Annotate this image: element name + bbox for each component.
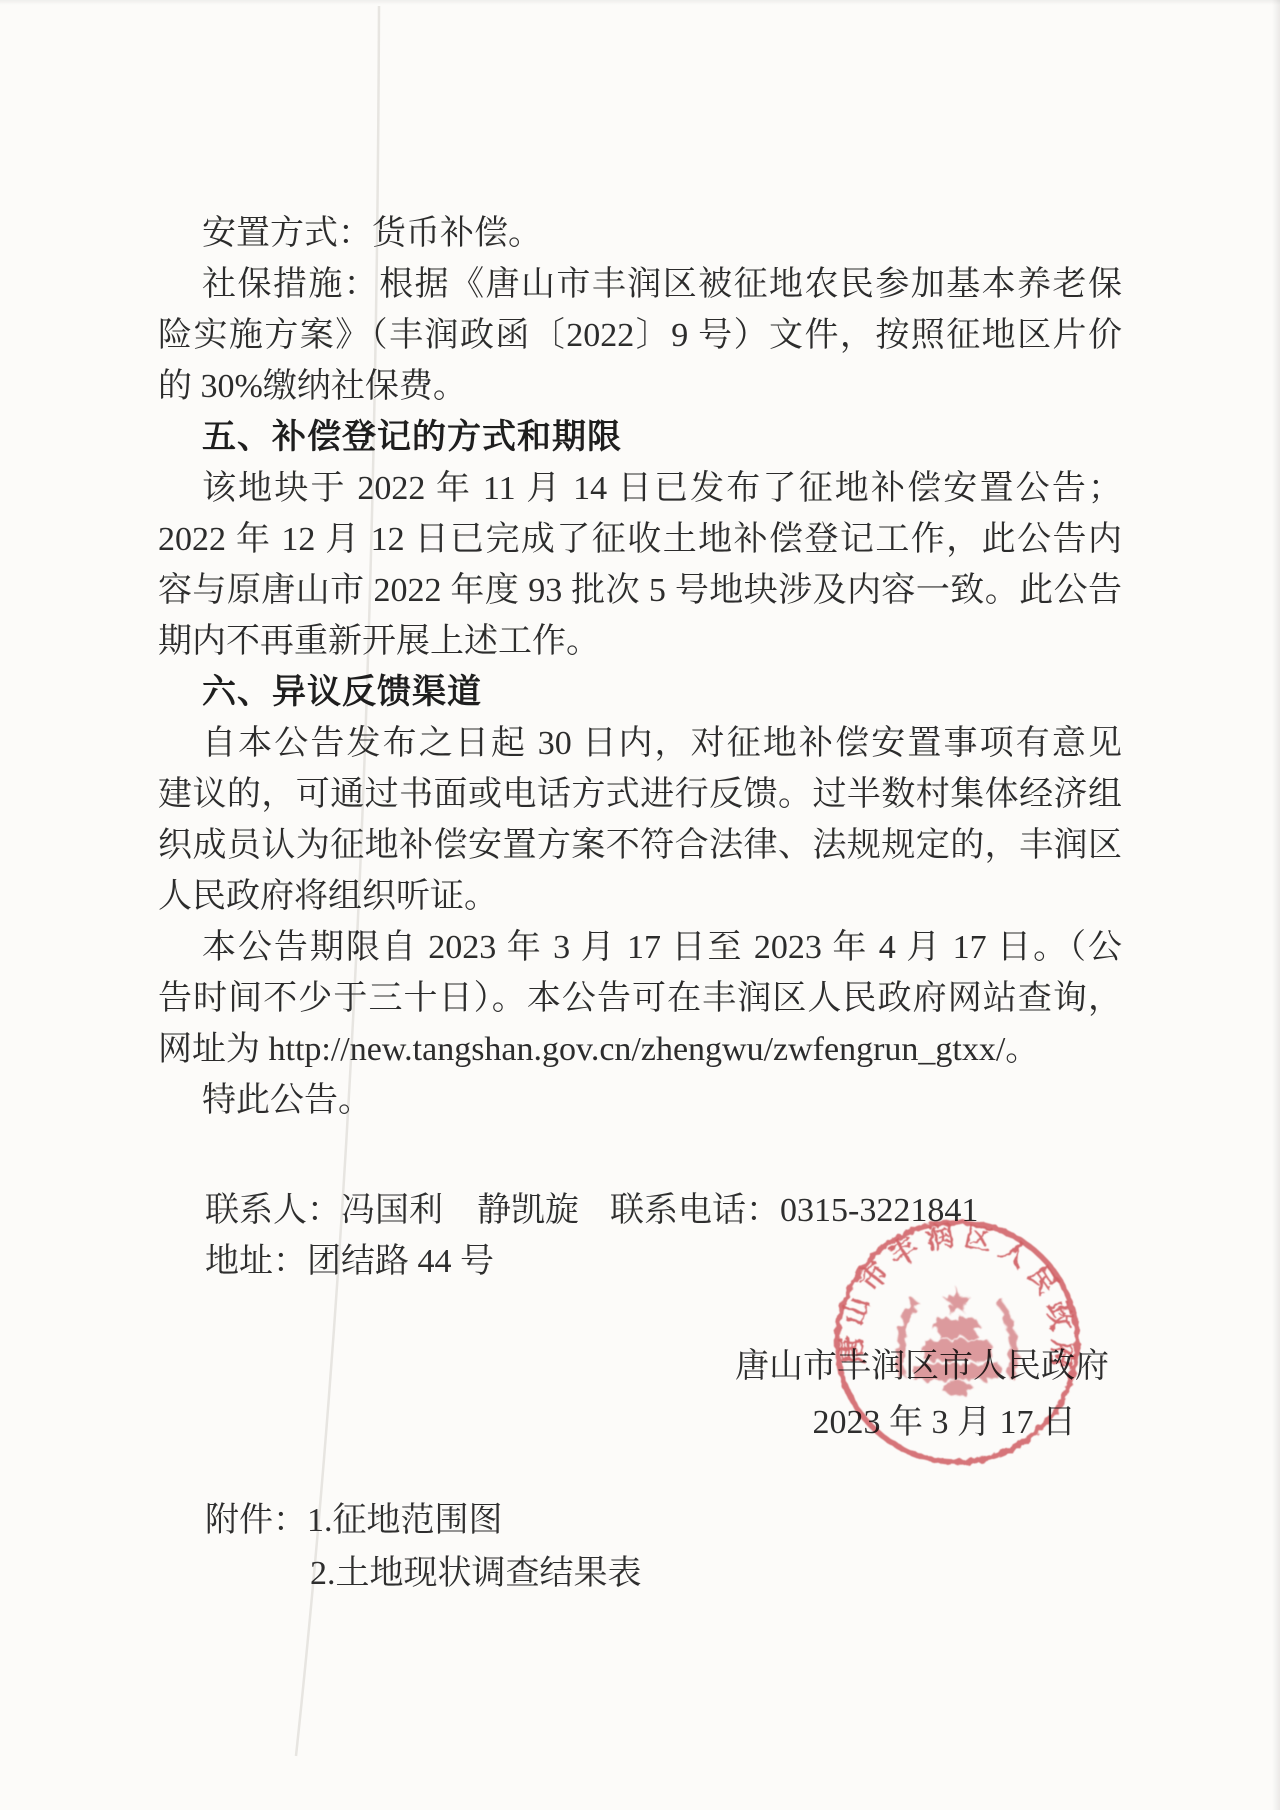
text-line: 社保措施：根据《唐山市丰润区被征地农民参加基本养老保 xyxy=(158,259,1122,310)
text-line: 的 30%缴纳社保费。 xyxy=(158,361,1122,412)
contact-person-names: 冯国利 静凯旋 xyxy=(341,1192,579,1229)
contact-block: 联系人：冯国利 静凯旋 联系电话：0315-3221841 地址：团结路 44 … xyxy=(205,1185,985,1287)
signature-date: 2023 年 3 月 17 日 xyxy=(735,1395,1082,1451)
text-line: 织成员认为征地补偿安置方案不符合法律、法规规定的，丰润区 xyxy=(158,820,1122,871)
text-line: 险实施方案》（丰润政函〔2022〕9 号）文件，按照征地区片价 xyxy=(158,310,1122,361)
attachments-label: 附件： xyxy=(205,1502,307,1539)
text-line: 容与原唐山市 2022 年度 93 批次 5 号地块涉及内容一致。此公告 xyxy=(158,565,1122,616)
text-line: 本公告期限自 2023 年 3 月 17 日至 2023 年 4 月 17 日。… xyxy=(158,922,1122,973)
signature-block: 唐山市丰润区市人民政府 2023 年 3 月 17 日 xyxy=(735,1339,1082,1451)
signature-issuer: 唐山市丰润区市人民政府 xyxy=(735,1339,1082,1395)
text-line: 告时间不少于三十日）。本公告可在丰润区人民政府网站查询， xyxy=(158,973,1122,1024)
text-line: 自本公告发布之日起 30 日内，对征地补偿安置事项有意见 xyxy=(158,718,1122,769)
text-line: 建议的，可通过书面或电话方式进行反馈。过半数村集体经济组 xyxy=(158,769,1122,820)
contact-phone-label: 联系电话： xyxy=(610,1192,780,1229)
contact-person-label: 联系人： xyxy=(205,1192,341,1229)
page-edge-shadow-top xyxy=(0,0,1280,5)
contact-address-value: 团结路 44 号 xyxy=(307,1243,494,1280)
page-edge-shadow xyxy=(1272,0,1280,1810)
contact-person-line: 联系人：冯国利 静凯旋 联系电话：0315-3221841 xyxy=(205,1185,985,1236)
attachment-item-1: 1.征地范围图 xyxy=(307,1502,503,1539)
text-line: 期内不再重新开展上述工作。 xyxy=(158,616,1122,667)
contact-address-line: 地址：团结路 44 号 xyxy=(205,1236,985,1287)
contact-address-label: 地址： xyxy=(205,1243,307,1280)
contact-phone-number: 0315-3221841 xyxy=(780,1192,978,1229)
text-line: 六、异议反馈渠道 xyxy=(158,667,1122,718)
text-line: 五、补偿登记的方式和期限 xyxy=(158,412,1122,463)
text-line: 网址为 http://new.tangshan.gov.cn/zhengwu/z… xyxy=(158,1024,1122,1075)
attachment-row: 2.土地现状调查结果表 xyxy=(205,1547,642,1600)
contact-phone: 联系电话：0315-3221841 xyxy=(610,1185,978,1236)
attachment-row: 附件：1.征地范围图 xyxy=(205,1494,642,1547)
text-line: 安置方式：货币补偿。 xyxy=(158,208,1122,259)
scanned-document-page: 安置方式：货币补偿。社保措施：根据《唐山市丰润区被征地农民参加基本养老保险实施方… xyxy=(0,0,1280,1810)
attachments-block: 附件：1.征地范围图 2.土地现状调查结果表 xyxy=(205,1494,642,1600)
document-body: 安置方式：货币补偿。社保措施：根据《唐山市丰润区被征地农民参加基本养老保险实施方… xyxy=(158,208,1122,1126)
attachment-item-2: 2.土地现状调查结果表 xyxy=(310,1555,642,1592)
text-line: 人民政府将组织听证。 xyxy=(158,871,1122,922)
text-line: 该地块于 2022 年 11 月 14 日已发布了征地补偿安置公告； xyxy=(158,463,1122,514)
text-line: 特此公告。 xyxy=(158,1075,1122,1126)
text-line: 2022 年 12 月 12 日已完成了征收土地补偿登记工作，此公告内 xyxy=(158,514,1122,565)
